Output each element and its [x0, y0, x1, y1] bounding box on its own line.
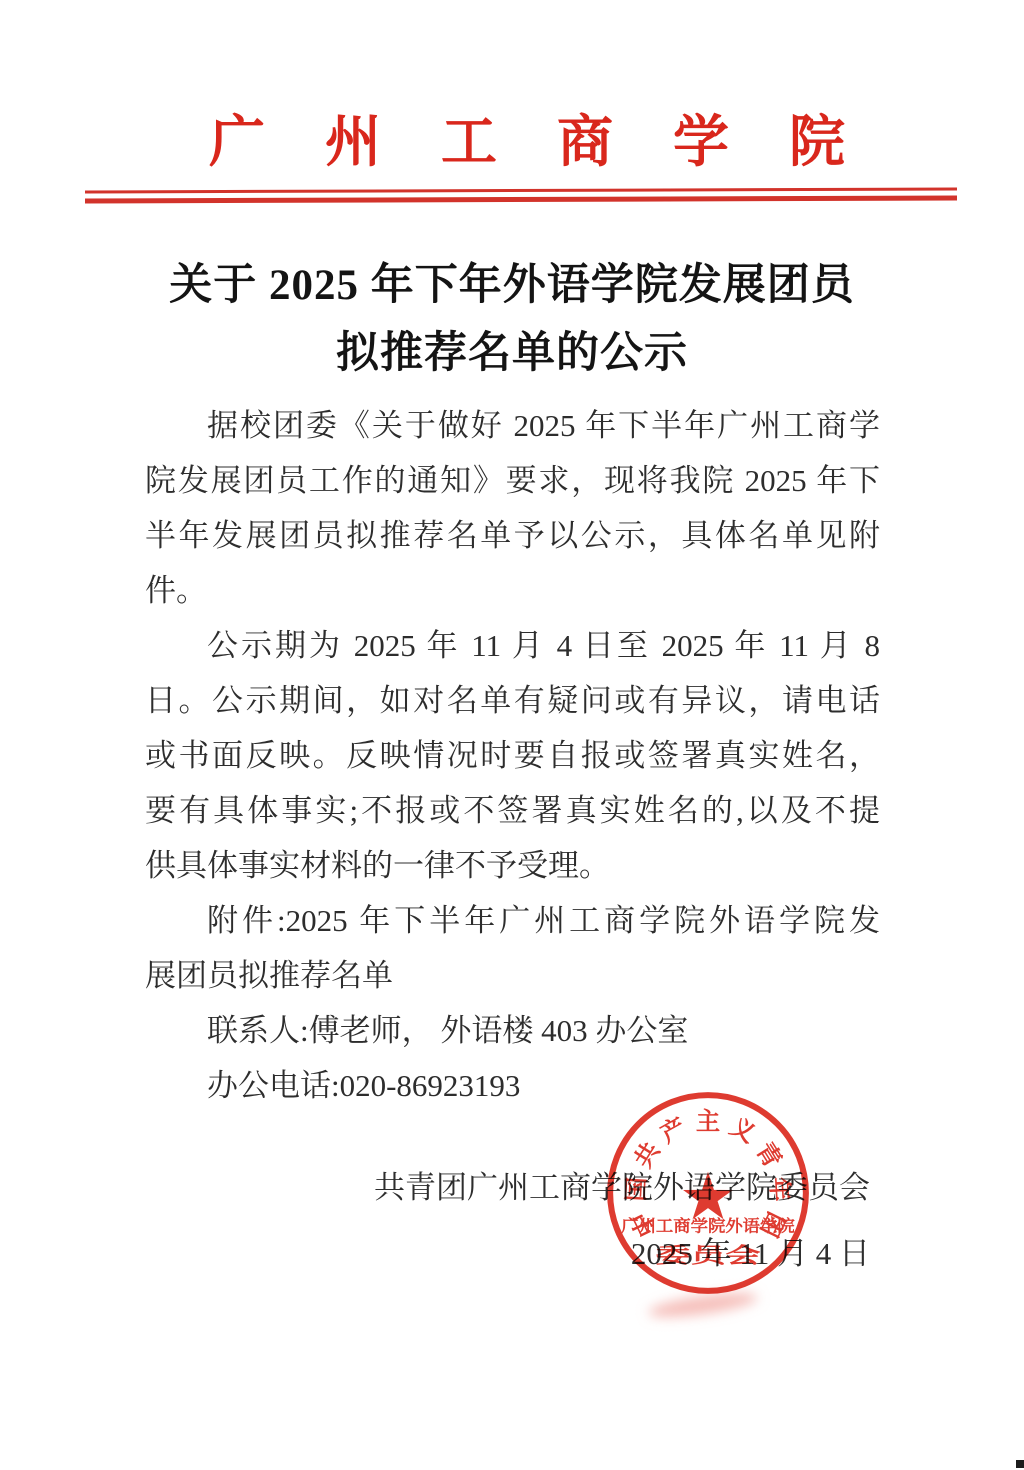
school-name-header: 广州工商学院 — [30, 98, 1024, 178]
header-rule-thin — [85, 187, 957, 193]
body-line: 日。公示期间，如对名单有疑问或有异议，请电话 — [145, 673, 880, 728]
body-line: 件。 — [145, 563, 880, 618]
body-line: 要有具体事实;不报或不签署真实姓名的,以及不提 — [145, 783, 880, 838]
body-line: 半年发展团员拟推荐名单予以公示，具体名单见附 — [145, 508, 880, 563]
stamp-arc-char: 共 — [630, 1138, 666, 1173]
stamp-unit-name: 广州工商学院外语学院 — [621, 1215, 795, 1235]
body-line: 院发展团员工作的通知》要求，现将我院 2025 年下 — [145, 453, 880, 508]
body-line: 据校团委《关于做好 2025 年下半年广州工商学 — [145, 398, 880, 453]
title-line-2: 拟推荐名单的公示 — [0, 320, 1024, 388]
body-line: 公示期为 2025 年 11 月 4 日至 2025 年 11 月 8 — [145, 618, 880, 673]
stamp-committee-text: 委员会 — [656, 1243, 761, 1268]
title-line-1: 关于 2025 年下年外语学院发展团员 — [0, 252, 1024, 320]
star-icon — [683, 1172, 733, 1219]
scanned-notice-page: 广州工商学院 关于 2025 年下年外语学院发展团员 拟推荐名单的公示 据校团委… — [0, 0, 1024, 1470]
stamp-arc-char: 年 — [765, 1176, 794, 1202]
document-title: 关于 2025 年下年外语学院发展团员 拟推荐名单的公示 — [0, 252, 1024, 388]
contact-person-line: 联系人:傅老师， 外语楼 403 办公室 — [145, 1003, 880, 1058]
attachment-line: 附件:2025 年下半年广州工商学院外语学院发 — [145, 893, 880, 948]
attachment-line: 展团员拟推荐名单 — [145, 948, 880, 1003]
stamp-arc-char: 青 — [750, 1138, 786, 1173]
scan-edge-artifact — [1016, 1460, 1024, 1468]
header-rule-thick — [85, 195, 957, 203]
document-body: 据校团委《关于做好 2025 年下半年广州工商学 院发展团员工作的通知》要求，现… — [145, 398, 880, 1113]
stamp-arc-char: 国 — [623, 1176, 651, 1202]
official-seal-stamp: 中国共产主义青年团 广州工商学院外语学院 委员会 — [597, 1082, 819, 1304]
stamp-arc-char: 产 — [656, 1112, 691, 1148]
body-line: 或书面反映。反映情况时要自报或签署真实姓名， — [145, 728, 880, 783]
stamp-arc-char: 主 — [696, 1108, 720, 1135]
stamp-arc-char: 义 — [725, 1113, 759, 1148]
body-line: 供具体事实材料的一律不予受理。 — [145, 838, 880, 893]
